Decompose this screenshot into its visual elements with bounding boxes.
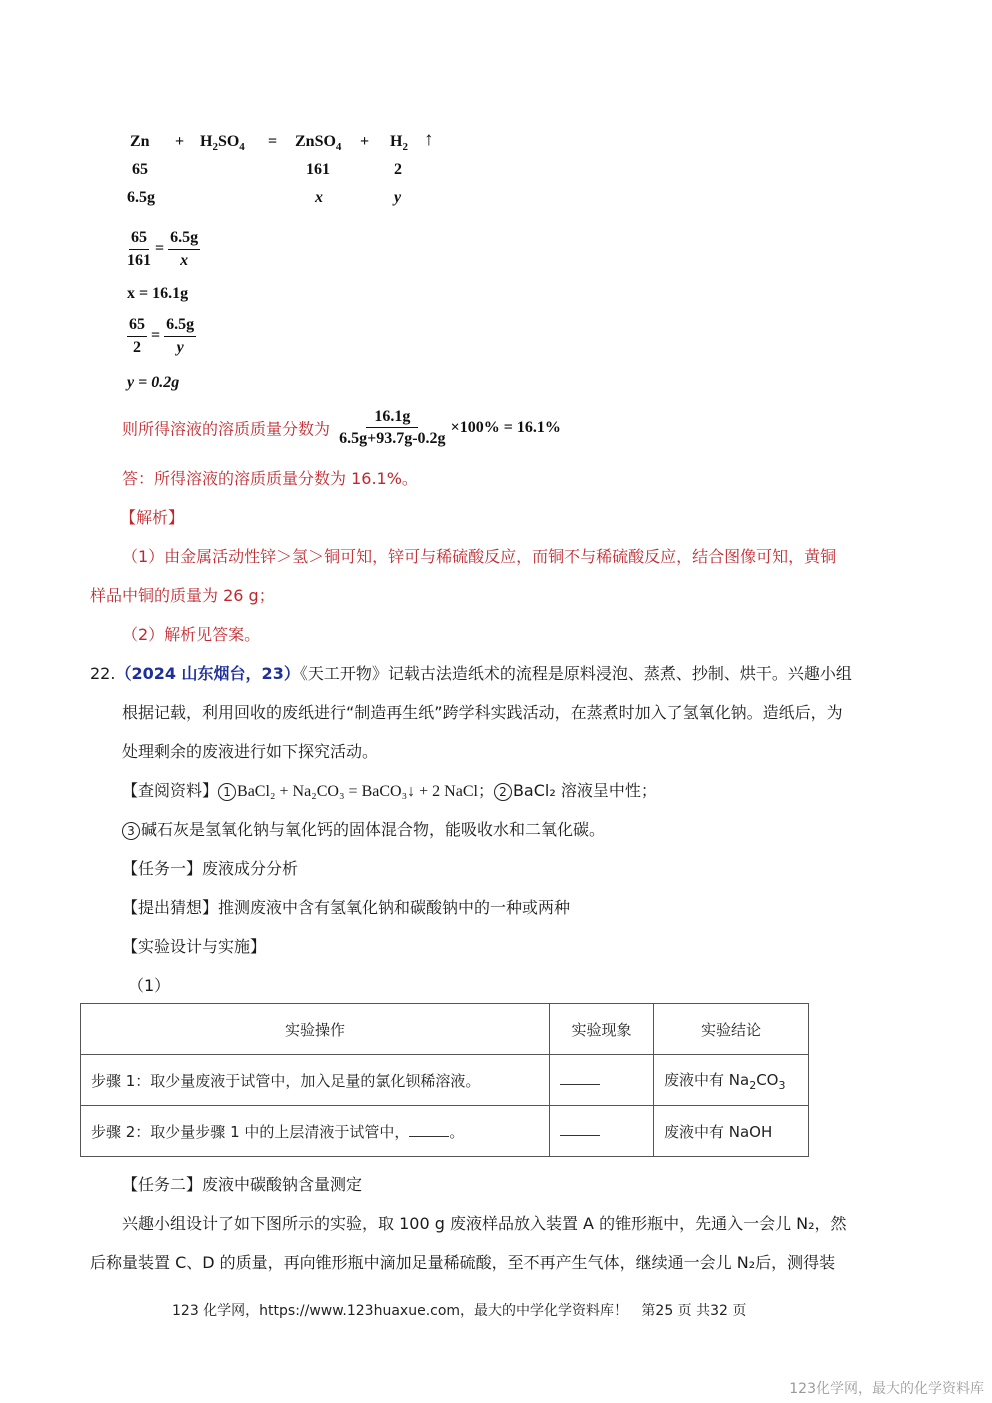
subquestion-1: （1） (128, 973, 170, 996)
fraction-result: ×100% = 16.1% (451, 419, 561, 436)
task2-para-line1: 兴趣小组设计了如下图所示的实验，取 100 g 废液样品放入装置 A 的锥形瓶中… (122, 1211, 847, 1234)
header-conclusion: 实验结论 (654, 1004, 809, 1055)
question-22-line3: 处理剩余的废液进行如下探究活动。 (122, 739, 378, 762)
analysis-p1-line2: 样品中铜的质量为 26 g； (90, 583, 275, 606)
reference-2: BaCl₂ 溶液呈中性； (513, 781, 657, 800)
question-22-line1: 22.（2024 山东烟台，23）《天工开物》记载古法造纸术的流程是原料浸泡、蒸… (90, 661, 852, 684)
question-source: （2024 山东烟台，23） (115, 664, 299, 683)
eq-h2so4: H2SO4 (200, 133, 245, 153)
result-x: x = 16.1g (127, 285, 188, 303)
table-row: 步骤 1：取少量废液于试管中，加入足量的氯化钡稀溶液。 废液中有 Na2CO3 (81, 1055, 809, 1106)
task1-heading: 【任务一】废液成分分析 (122, 856, 298, 879)
frac-den: 6.5g+93.7g-0.2g (339, 428, 445, 449)
proportion-x: 65161 = 6.5gx (127, 228, 200, 271)
footer-site: 123 化学网，https://www.123huaxue.com，最大的中学化… (172, 1303, 628, 1319)
eq-equals: = (268, 133, 277, 151)
eq-plus: + (175, 133, 184, 151)
answer-blank[interactable] (560, 1072, 600, 1085)
table-row: 步骤 2：取少量步骤 1 中的上层清液于试管中，。 废液中有 NaOH (81, 1106, 809, 1157)
question-22-line2: 根据记载，利用回收的废纸进行“制造再生纸”跨学科实践活动，在蒸煮时加入了氢氧化钠… (122, 700, 843, 723)
answer-blank[interactable] (409, 1124, 449, 1137)
watermark: 123化学网，最大的化学资料库 (789, 1378, 984, 1398)
equals: = (151, 327, 160, 344)
frac-den: y (177, 337, 184, 358)
design-heading: 【实验设计与实施】 (122, 934, 266, 957)
mass-zn: 6.5g (127, 189, 155, 207)
frac-den: 2 (133, 337, 141, 358)
header-operation: 实验操作 (81, 1004, 550, 1055)
frac-num: 6.5g (164, 315, 196, 337)
table-header-row: 实验操作 实验现象 实验结论 (81, 1004, 809, 1055)
frac-num: 16.1g (366, 407, 418, 428)
row2-conclusion: 废液中有 NaOH (654, 1106, 809, 1157)
frac-num: 65 (129, 228, 149, 250)
row2-op-tail: 。 (449, 1123, 464, 1141)
eq-znso4: ZnSO4 (295, 133, 341, 153)
frac-den: x (180, 250, 188, 271)
analysis-p1-line1: （1）由金属活动性锌＞氢＞铜可知，锌可与稀硫酸反应，而铜不与稀硫酸反应，结合图像… (122, 544, 836, 567)
answer-blank[interactable] (560, 1123, 600, 1136)
eq-zn: Zn (130, 133, 150, 151)
question-number: 22. (90, 664, 115, 683)
gas-arrow-icon: ↑ (424, 129, 434, 151)
task2-para-line2: 后称量装置 C、D 的质量，再向锥形瓶中滴加足量稀硫酸，至不再产生气体，继续通一… (90, 1250, 835, 1273)
circled-number: 2 (494, 783, 512, 801)
page-number: 第25 页 共32 页 (641, 1303, 746, 1319)
row2-op-text: 步骤 2：取少量步骤 1 中的上层清液于试管中， (91, 1123, 409, 1141)
row1-operation: 步骤 1：取少量废液于试管中，加入足量的氯化钡稀溶液。 (81, 1055, 550, 1106)
circled-number: 1 (218, 783, 236, 801)
frac-num: 65 (127, 315, 147, 337)
reference-label: 【查阅资料】 (122, 781, 218, 800)
task2-heading: 【任务二】废液中碳酸钠含量测定 (122, 1172, 362, 1195)
header-phenomenon: 实验现象 (550, 1004, 654, 1055)
row2-phenomenon[interactable] (550, 1106, 654, 1157)
answer-line: 答：所得溶液的溶质质量分数为 16.1%。 (122, 466, 418, 489)
experiment-table: 实验操作 实验现象 实验结论 步骤 1：取少量废液于试管中，加入足量的氯化钡稀溶… (80, 1003, 809, 1157)
analysis-heading: 【解析】 (120, 505, 184, 528)
hypothesis: 【提出猜想】推测废液中含有氢氧化钠和碳酸钠中的一种或两种 (122, 895, 570, 918)
mm-zn: 65 (132, 161, 148, 179)
result-y: y = 0.2g (127, 374, 179, 392)
fraction-label: 则所得溶液的溶质质量分数为 (122, 420, 330, 439)
mass-fraction: 16.1g6.5g+93.7g-0.2g (339, 407, 445, 449)
analysis-p2: （2）解析见答案。 (122, 622, 260, 645)
mm-h2: 2 (394, 161, 402, 179)
mass-h2: y (394, 189, 401, 207)
equals: = (155, 240, 164, 257)
eq-h2: H2 (390, 133, 408, 153)
frac-num: 6.5g (168, 228, 200, 250)
reference-line2: 3碱石灰是氢氧化钠与氧化钙的固体混合物，能吸收水和二氧化碳。 (122, 817, 605, 840)
row1-conclusion: 废液中有 Na2CO3 (654, 1055, 809, 1106)
reference-line1: 【查阅资料】1BaCl₂ + Na₂CO₃ = BaCO₃↓ + 2 NaCl；… (122, 778, 657, 801)
question-text: 《天工开物》记载古法造纸术的流程是原料浸泡、蒸煮、抄制、烘干。兴趣小组 (300, 664, 852, 683)
row2-operation: 步骤 2：取少量步骤 1 中的上层清液于试管中，。 (81, 1106, 550, 1157)
frac-den: 161 (127, 250, 151, 271)
proportion-y: 652 = 6.5gy (127, 315, 196, 358)
page-footer: 123 化学网，https://www.123huaxue.com，最大的中学化… (172, 1300, 746, 1320)
mm-znso4: 161 (306, 161, 330, 179)
reference-1: BaCl₂ + Na₂CO₃ = BaCO₃↓ + 2 NaCl； (237, 783, 494, 800)
mass-znso4: x (315, 189, 323, 207)
reference-3: 碱石灰是氢氧化钠与氧化钙的固体混合物，能吸收水和二氧化碳。 (141, 820, 605, 839)
circled-number: 3 (122, 822, 140, 840)
eq-plus2: + (360, 133, 369, 151)
mass-fraction-line: 则所得溶液的溶质质量分数为 16.1g6.5g+93.7g-0.2g ×100%… (122, 407, 561, 449)
row1-phenomenon[interactable] (550, 1055, 654, 1106)
